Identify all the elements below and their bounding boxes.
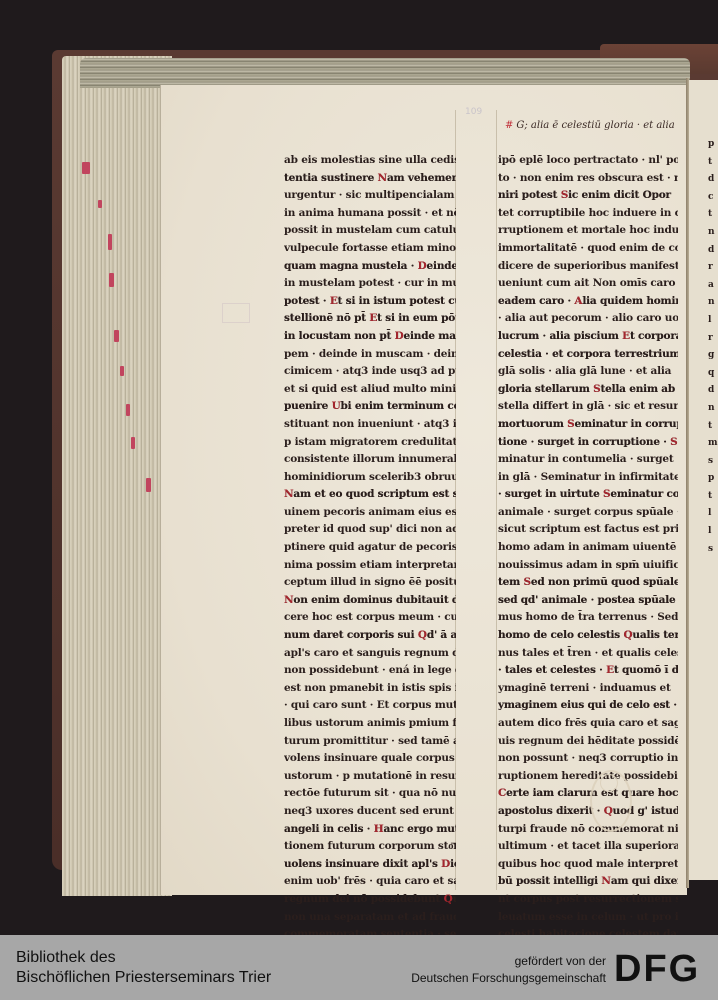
text-line: in glā · Seminatur in infirmitate — [498, 469, 678, 487]
text-line: enim uob' frēs · quia caro et sagnis — [284, 873, 456, 891]
facing-page-text: ptdctndranlrgqdntmsptlls — [708, 136, 718, 558]
bookmark-tab — [120, 366, 124, 376]
text-line: · tales et celestes · Et quomō ī dix̄ — [498, 662, 678, 680]
text-line: · qui caro sunt · Et corpus mutatib3 — [284, 697, 456, 715]
text-line: turpi fraude nō commemorat nisi h' — [498, 821, 678, 839]
rubric-initial: N — [378, 172, 387, 184]
bookmark-tab — [114, 330, 119, 342]
text-line: niri potest Sic enim dicit Opor — [498, 187, 678, 205]
text-line: ultimum · et tacet illa superiora · — [498, 838, 678, 856]
funding-line-1: gefördert von der — [411, 953, 606, 970]
rubric-initial: S — [567, 418, 574, 430]
text-line: ptinere quid agatur de pecoris a — [284, 539, 456, 557]
text-line: to · non enim res obscura est · mue — [498, 170, 678, 188]
text-line: preter id quod sup' dici non ad me — [284, 521, 456, 539]
bookmark-tab — [131, 437, 135, 449]
text-line: et si quid est aliud multo minimo — [284, 381, 456, 399]
text-line: tet corruptibile hoc induere in cō — [498, 205, 678, 223]
dfg-logo: DFG — [614, 951, 700, 987]
text-line: celesti habitacione celestem dare — [498, 926, 678, 935]
ruling-line — [496, 110, 497, 890]
rubric-initial: Q — [623, 629, 632, 641]
text-line: angeli in celis · Hanc ergo mutata — [284, 821, 456, 839]
text-line: homo adam in animam uiuentē — [498, 539, 678, 557]
text-column-left: ab eis molestias sine ulla cedis content… — [284, 152, 456, 935]
rubric-initial: S — [593, 383, 600, 395]
text-line: est non pmanebit in istis spis ius — [284, 680, 456, 698]
page-edges-left — [62, 56, 172, 896]
text-line: ueniunt cum ait Non omīs caro · — [498, 275, 678, 293]
text-line: · alia aut pecorum · alio caro uo — [498, 310, 678, 328]
text-line: sicut scriptum est factus est primus — [498, 521, 678, 539]
text-line: animale · surget corpus spūale · — [498, 504, 678, 522]
text-line: minatur in contumelia · surget — [498, 451, 678, 469]
water-stain — [590, 770, 632, 832]
rubric-initial: U — [332, 400, 341, 412]
text-line: puenire Ubi enim terminum con — [284, 398, 456, 416]
text-line: mus homo de t̄ra terrenus · Sedus — [498, 609, 678, 627]
text-line: non possunt · neq3 corruptio incor — [498, 750, 678, 768]
text-line: autem dico frēs quia caro et sag — [498, 715, 678, 733]
rubric-initial: E — [606, 664, 614, 676]
text-line: urgentur · sic multipencialam uenol — [284, 187, 456, 205]
text-line: in locustam non pt̄ Deinde ma — [284, 328, 456, 346]
library-stamp — [222, 303, 250, 323]
rubric-initial: Q — [444, 893, 453, 905]
text-line: sed qd' animale · postea spūale Pr̄ — [498, 592, 678, 610]
text-line: uinem pecoris animam eius esse — [284, 504, 456, 522]
text-line: num daret corporis sui Qd' ā ait — [284, 627, 456, 645]
funding-note: gefördert von der Deutschen Forschungsge… — [411, 953, 606, 987]
rubric-initial: D — [441, 858, 450, 870]
text-line: gloria stellarum Stella enim ab — [498, 381, 678, 399]
rubric-initial: N — [284, 594, 293, 606]
text-line: apostolus dixerit · Quod g' istud — [498, 803, 678, 821]
library-line-2: Bischöflichen Priesterseminars Trier — [16, 968, 271, 988]
text-line: non una separatam et ad fraudem — [284, 909, 456, 927]
text-line: ipō eplē loco pertractato · nl' poruisse… — [498, 152, 678, 170]
text-line: potest · Et si in istum potest cur in — [284, 293, 456, 311]
text-line: lucrum · alia piscium Et corpora — [498, 328, 678, 346]
library-line-1: Bibliothek des — [16, 948, 271, 968]
header-note: #G; alia ē celestiū gloria · et alia — [505, 120, 675, 131]
text-line: neq3 uxores ducent sed erunt sic — [284, 803, 456, 821]
text-line: non possidebunt · ená in lege dem — [284, 662, 456, 680]
header-note-text: G; alia ē celestiū gloria · et alia — [516, 120, 674, 131]
text-line: possit in mustelam cum catulus — [284, 222, 456, 240]
text-line: tentia sustinere Nam vehement' — [284, 170, 456, 188]
text-line: in anima humana possit · et nō — [284, 205, 456, 223]
text-line: bū possit intelligi Nam qui dixerū — [498, 873, 678, 891]
text-line: celestia · et corpora terrestrium · Alia — [498, 346, 678, 364]
funding-line-2: Deutschen Forschungsgemeinschaft — [411, 970, 606, 987]
text-line: homo de celo celestis Qualis terre — [498, 627, 678, 645]
bookmark-tab — [126, 404, 130, 416]
text-line: nima possim etiam interpretari pre — [284, 557, 456, 575]
text-line: libus ustorum animis pmium fu — [284, 715, 456, 733]
rubric-initial: H — [374, 823, 384, 835]
footer-banner: Bibliothek des Bischöflichen Priestersem… — [0, 935, 718, 1000]
text-line: ymaginē terreni · induamus et — [498, 680, 678, 698]
text-line: ustorum · p mutationē in resur — [284, 768, 456, 786]
text-line: p istam migratorem credulitatem — [284, 434, 456, 452]
text-line: consistente illorum innumerabilib3 — [284, 451, 456, 469]
folio-number: 109 — [465, 107, 482, 117]
text-line: ymaginem eius qui de celo est · H — [498, 697, 678, 715]
rubric-initial: E — [369, 312, 377, 324]
bookmark-tab — [82, 162, 90, 174]
text-line: uolens insinuare dixit apl's Dico — [284, 856, 456, 874]
text-line: Nam et eo quod scriptum est sang — [284, 486, 456, 504]
text-line: stituant non inueniunt · atq3 ita — [284, 416, 456, 434]
text-line: apl's caro et sanguis regnum dei — [284, 645, 456, 663]
text-line: volens insinuare quale corpus — [284, 750, 456, 768]
rubric-initial: N — [601, 875, 610, 887]
rubric-initial: E — [330, 295, 338, 307]
rubric-initial: E — [622, 330, 630, 342]
text-line: dicere de superioribus manifeste ī — [498, 258, 678, 276]
rubric-initial: D — [395, 330, 404, 342]
text-line: in mustelam potest · cur in murem nō — [284, 275, 456, 293]
text-line: mortuorum Seminatur in corrup — [498, 416, 678, 434]
text-line: nt corpus post resurrectionem sic — [498, 891, 678, 909]
text-line: ab eis molestias sine ulla cedis con — [284, 152, 456, 170]
text-line: nus tales et t̄ren · et qualis celestis — [498, 645, 678, 663]
rubric-initial: D — [418, 260, 427, 272]
rubric-initial: A — [574, 295, 582, 307]
rubric-initial: C — [498, 787, 506, 799]
bookmark-tab — [98, 200, 102, 208]
text-line: nouissimus adam in spm̄ uiuificā — [498, 557, 678, 575]
rubric-initial: S — [670, 436, 677, 448]
text-line: vulpecule fortasse etiam minor sit — [284, 240, 456, 258]
text-line: Certe iam clarum est quare hoc — [498, 785, 678, 803]
rubric-initial: S — [603, 488, 610, 500]
text-line: tione · surget in corruptione · Se — [498, 434, 678, 452]
text-line: regnum dei nō possidebunt Quod — [284, 891, 456, 909]
text-line: pem · deinde in muscam · deinde in — [284, 346, 456, 364]
rubric-initial: Q — [418, 629, 427, 641]
text-line: commemoratam sententia · sed toto — [284, 926, 456, 935]
text-line: leuatum esse in celum · ut pro ipsi — [498, 909, 678, 927]
text-line: rectōe futurum sit · qua nō nubēt — [284, 785, 456, 803]
text-line: tem Sed non primū quod spūale ē — [498, 574, 678, 592]
text-line: tionem futurum corporum sto͞rū — [284, 838, 456, 856]
bookmark-tab — [146, 478, 151, 492]
manuscript-scan: 109 #G; alia ē celestiū gloria · et alia… — [0, 0, 718, 935]
text-line: eadem caro · Alia quidem hominū — [498, 293, 678, 311]
text-line: quibus hoc quod male interpretat — [498, 856, 678, 874]
rubric-initial: S — [524, 576, 531, 588]
text-line: ruptionem hereditate possidebit — [498, 768, 678, 786]
library-name: Bibliothek des Bischöflichen Priestersem… — [16, 948, 271, 988]
text-line: hominidiorum scelerib3 obruunt · — [284, 469, 456, 487]
text-line: uis regnum dei hēditate possidē — [498, 733, 678, 751]
text-line: quam magna mustela · Deinde si — [284, 258, 456, 276]
text-line: Non enim dominus dubitauit di — [284, 592, 456, 610]
text-line: cimicem · atq3 inde usq3 ad pulicē — [284, 363, 456, 381]
text-line: turum promittitur · sed tamē apl's — [284, 733, 456, 751]
text-line: · surget in uirtute Seminatur corp's — [498, 486, 678, 504]
rubric-initial: N — [284, 488, 293, 500]
bookmark-tab — [108, 234, 112, 250]
text-line: stellionē nō pt̄ Et si in eum pōt · cur — [284, 310, 456, 328]
text-line: ceptum illud in signo ēē positum · — [284, 574, 456, 592]
text-line: cere hoc est corpus meum · cum sig — [284, 609, 456, 627]
text-column-right: ipō eplē loco pertractato · nl' poruisse… — [498, 152, 678, 935]
header-mark: # — [505, 120, 513, 131]
text-line: immortalitatē · quod enim de corpe — [498, 240, 678, 258]
bookmark-tab — [109, 273, 114, 287]
rubric-initial: S — [561, 189, 568, 201]
text-line: stella differt in glā · sic et resurrcō — [498, 398, 678, 416]
text-line: rruptionem et mortale hoc induere — [498, 222, 678, 240]
page-edges-top — [80, 58, 690, 88]
text-line: glā solis · alia glā lune · et alia — [498, 363, 678, 381]
